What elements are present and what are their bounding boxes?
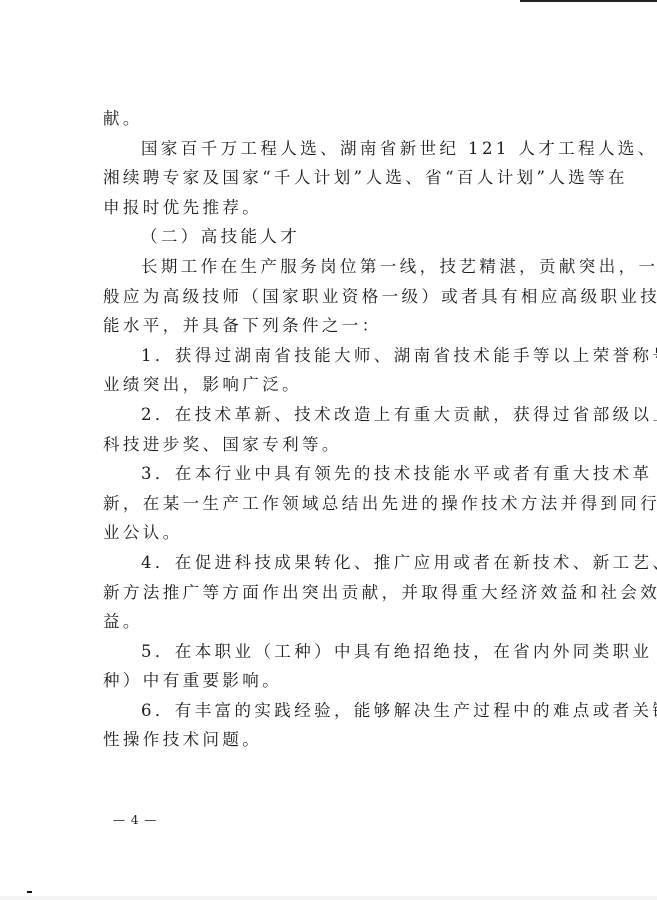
text-line: 长期工作在生产服务岗位第一线，技艺精湛，贡献突出，一 [103, 252, 603, 282]
text-line: 性操作技术问题。 [103, 725, 603, 755]
list-item-2: 2．在技术革新、技术改造上有重大贡献，获得过省部级以上 [103, 400, 603, 430]
text-line: 种）中有重要影响。 [103, 666, 603, 696]
scan-mark [27, 891, 32, 893]
text-line: 业公认。 [103, 518, 603, 548]
text-line: 科技进步奖、国家专利等。 [103, 430, 603, 460]
list-item-1: 1．获得过湖南省技能大师、湖南省技术能手等以上荣誉称号， [103, 341, 603, 371]
text-line: 申报时优先推荐。 [103, 193, 603, 223]
document-body: 献。 国家百千万工程人选、湖南省新世纪 121 人才工程人选、来 湘续聘专家及国… [103, 104, 603, 755]
text-line: 新方法推广等方面作出突出贡献，并取得重大经济效益和社会效 [103, 578, 603, 608]
list-item-4: 4．在促进科技成果转化、推广应用或者在新技术、新工艺、 [103, 548, 603, 578]
scan-edge-shade [0, 896, 657, 900]
text-line: 国家百千万工程人选、湖南省新世纪 121 人才工程人选、来 [103, 134, 603, 164]
text-line: 献。 [103, 104, 603, 134]
scan-edge-line [520, 0, 657, 2]
list-item-3: 3．在本行业中具有领先的技术技能水平或者有重大技术革 [103, 459, 603, 489]
text-line: 般应为高级技师（国家职业资格一级）或者具有相应高级职业技 [103, 282, 603, 312]
text-line: 能水平，并具备下列条件之一： [103, 311, 603, 341]
text-line: 新，在某一生产工作领域总结出先进的操作技术方法并得到同行 [103, 489, 603, 519]
list-item-5: 5．在本职业（工种）中具有绝招绝技，在省内外同类职业（工 [103, 637, 603, 667]
page-number: — 4 — [113, 813, 157, 827]
text-line: 业绩突出，影响广泛。 [103, 370, 603, 400]
list-item-6: 6．有丰富的实践经验，能够解决生产过程中的难点或者关键 [103, 696, 603, 726]
text-line: 湘续聘专家及国家“千人计划”人选、省“百人计划”人选等在 [103, 163, 603, 193]
text-line: 益。 [103, 607, 603, 637]
section-heading: （二）高技能人才 [103, 222, 603, 252]
